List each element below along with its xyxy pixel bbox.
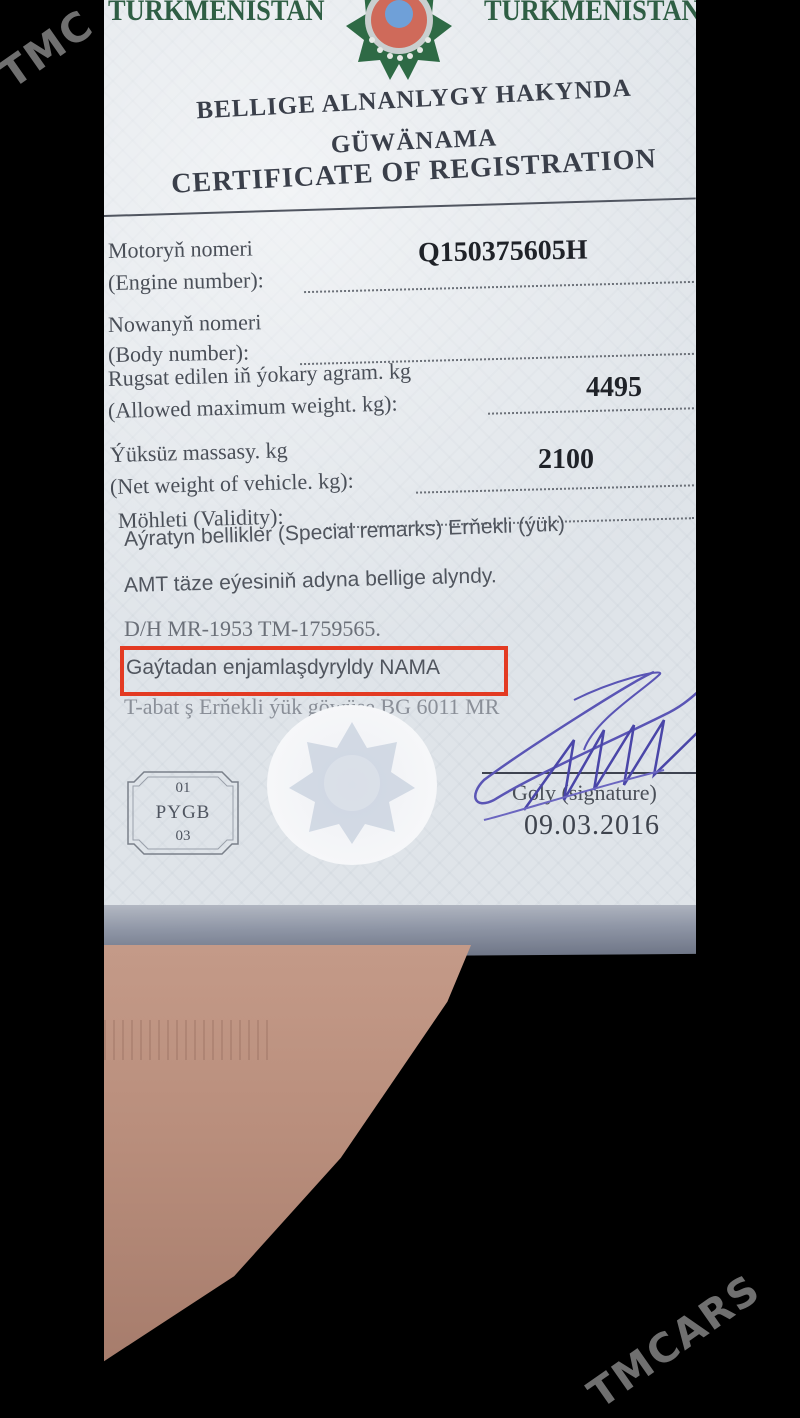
registration-certificate: TÜRKMENISTAN TÜRKMENISTAN BELLIGE ALNANL… [104,0,696,905]
max-weight-label-en: (Allowed maximum weight. kg): [108,390,398,424]
max-weight-value: 4495 [586,372,642,404]
hand-holding-document [104,945,696,1418]
photo-background-left [0,0,104,1418]
engine-number-label-tk: Motoryň nomeri [108,235,253,264]
hand-skin-creases [104,1020,274,1060]
net-weight-dots [416,484,694,493]
country-name-left: TÜRKMENISTAN [108,0,325,28]
stamp-number-bottom: 03 [124,828,242,845]
body-number-label-tk: Nowanyň nomeri [108,309,262,338]
net-weight-label-en: (Net weight of vehicle. kg): [110,468,354,500]
country-name-right: TÜRKMENISTAN [484,0,696,28]
engine-number-label-en: (Engine number): [108,267,264,296]
stamp-code: PYGB [124,802,242,824]
net-weight-value: 2100 [538,444,594,476]
turkmenistan-state-emblem-icon [344,0,454,92]
max-weight-dots [488,407,694,414]
highlight-annotation-box [120,646,508,696]
net-weight-label-tk: Ýüksüz massasy. kg [110,437,288,468]
engine-number-dots [304,281,694,293]
special-remarks-line3: D/H MR-1953 TM-1759565. [124,616,381,642]
header-divider [104,197,696,217]
official-seal-star-icon [287,720,417,845]
engine-number-value: Q150375605H [418,235,588,270]
handwritten-signature [464,660,696,860]
special-remarks-line2: AMT täze eýesiniň adyna bellige alyndy. [124,564,497,598]
photo-background-right [696,0,800,1418]
stamp-number-top: 01 [124,780,242,797]
